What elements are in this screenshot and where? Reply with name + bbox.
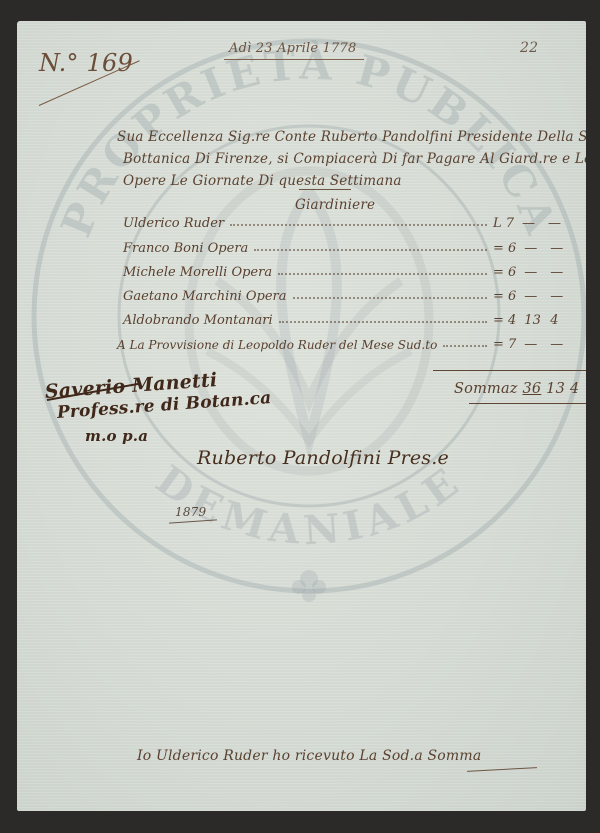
amount-soldi: — [524,241,542,256]
leader-dots [254,249,487,251]
archive-mark-underline [169,519,217,523]
amount-lire: = 7 [493,337,516,352]
total-rule-bottom [469,403,586,404]
body-line-1: Sua Eccellenza Sig.re Conte Ruberto Pand… [117,129,586,145]
leader-dots [293,297,487,299]
line-filler-dash [299,189,351,190]
ledger-row: A La Provvisione di Leopoldo Ruder del M… [117,332,586,352]
ledger-amount: = 6 — — [493,241,586,256]
ledger-row: Michele Morelli Opera = 6 — — [123,260,586,280]
total-rule-top [433,370,586,371]
president-signature: Ruberto Pandolfini Pres.e [197,447,449,469]
archive-mark: 1879 [175,505,206,519]
document-date: Adì 23 Aprile 1778 [229,41,356,56]
total-line: Sommaz 36 13 4 [454,381,579,397]
amount-soldi: — [524,337,542,352]
manuscript-page: PROPRIETÀ PUBLICA DEMANIALE N.° 169 Adì … [17,21,586,811]
ledger-name: Aldobrando Montanari [123,313,273,328]
ledger-name: Franco Boni Opera [123,241,248,256]
approver-note: m.o p.a [85,427,148,445]
total-label: Sommaz [454,381,518,397]
amount-lire: = 6 [493,241,516,256]
total-lire: 36 [522,381,541,397]
body-line-3: Opere Le Giornate Di questa Settimana [123,173,402,189]
ledger-amount: = 6 — — [493,289,586,304]
ledger-name: Michele Morelli Opera [123,265,272,280]
amount-denari: — [550,337,568,352]
amount-denari: — [548,216,566,231]
date-underline [224,59,364,60]
leader-dots [443,345,487,347]
document-number: N.° 169 [39,49,133,77]
body-line-2: Bottanica Di Firenze, si Compiacerà Di f… [123,151,586,167]
total-denari: 4 [570,381,579,397]
amount-soldi: 13 [524,313,542,328]
leader-dots [278,273,487,275]
receipt-statement: Io Ulderico Ruder ho ricevuto La Sod.a S… [137,748,481,764]
amount-denari: — [550,289,568,304]
ledger-amount: = 4 13 4 [493,313,586,328]
amount-lire: L 7 [493,216,514,231]
ledger-amount: = 6 — — [493,265,586,280]
receipt-flourish [467,767,537,772]
total-soldi: 13 [546,381,565,397]
ledger-row: Gaetano Marchini Opera = 6 — — [123,284,586,304]
ledger-row: Ulderico Ruder L 7 — — [123,211,586,231]
amount-lire: = 6 [493,289,516,304]
amount-soldi: — [524,289,542,304]
ledger-row: Franco Boni Opera = 6 — — [123,236,586,256]
amount-soldi: — [524,265,542,280]
amount-lire: = 4 [493,313,516,328]
ledger-name: A La Provvisione di Leopoldo Ruder del M… [117,338,437,352]
page-number: 22 [520,40,538,56]
ledger-name: Ulderico Ruder [123,216,224,231]
amount-soldi: — [522,216,540,231]
amount-denari: — [550,241,568,256]
ledger-amount: L 7 — — [493,216,586,231]
ledger-row: Aldobrando Montanari = 4 13 4 [123,308,586,328]
amount-lire: = 6 [493,265,516,280]
leader-dots [230,224,487,226]
amount-denari: 4 [550,313,568,328]
leader-dots [279,321,487,323]
amount-denari: — [550,265,568,280]
ledger-amount: = 7 — — [493,337,586,352]
ledger-name: Gaetano Marchini Opera [123,289,287,304]
